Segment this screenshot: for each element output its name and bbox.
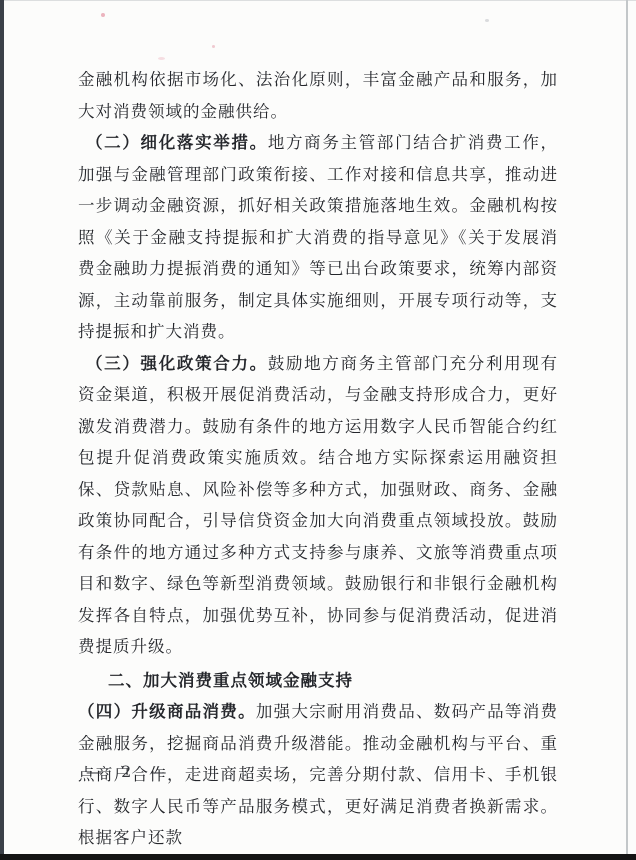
- scan-speck: [485, 19, 489, 22]
- paragraph-item-2: （二）细化落实举措。地方商务主管部门结合扩消费工作，加强与金融管理部门政策衔接、…: [78, 127, 558, 348]
- paragraph-text: 地方商务主管部门结合扩消费工作，加强与金融管理部门政策衔接、工作对接和信息共享，…: [78, 133, 558, 341]
- paragraph-continuation: 金融机构依据市场化、法治化原则，丰富金融产品和服务，加大对消费领域的金融供给。: [78, 64, 558, 127]
- section-heading: 二、加大消费重点领域金融支持: [78, 665, 558, 697]
- paragraph-lead: （二）细化落实举措。: [86, 133, 268, 152]
- page-number: — 2 —: [86, 762, 167, 781]
- paragraph-text: 鼓励地方商务主管部门充分利用现有资金渠道，积极开展促消费活动，与金融支持形成合力…: [78, 354, 558, 657]
- scan-edge-bottom: [0, 854, 636, 860]
- scan-edge-top: [0, 0, 636, 1]
- paragraph-item-3: （三）强化政策合力。鼓励地方商务主管部门充分利用现有资金渠道，积极开展促消费活动…: [78, 348, 558, 663]
- page-text-block: 金融机构依据市场化、法治化原则，丰富金融产品和服务，加大对消费领域的金融供给。 …: [78, 64, 558, 854]
- paragraph-lead: （三）强化政策合力。: [86, 354, 268, 373]
- scan-edge-right: [626, 0, 628, 860]
- scan-speck: [158, 57, 165, 60]
- scan-edge-left: [0, 0, 4, 860]
- scan-speck: [101, 13, 105, 17]
- paragraph-lead: （四）升级商品消费。: [78, 702, 256, 721]
- paragraph-text: 金融机构依据市场化、法治化原则，丰富金融产品和服务，加大对消费领域的金融供给。: [78, 70, 558, 121]
- scan-speck: [212, 45, 215, 48]
- document-page: 金融机构依据市场化、法治化原则，丰富金融产品和服务，加大对消费领域的金融供给。 …: [0, 0, 636, 860]
